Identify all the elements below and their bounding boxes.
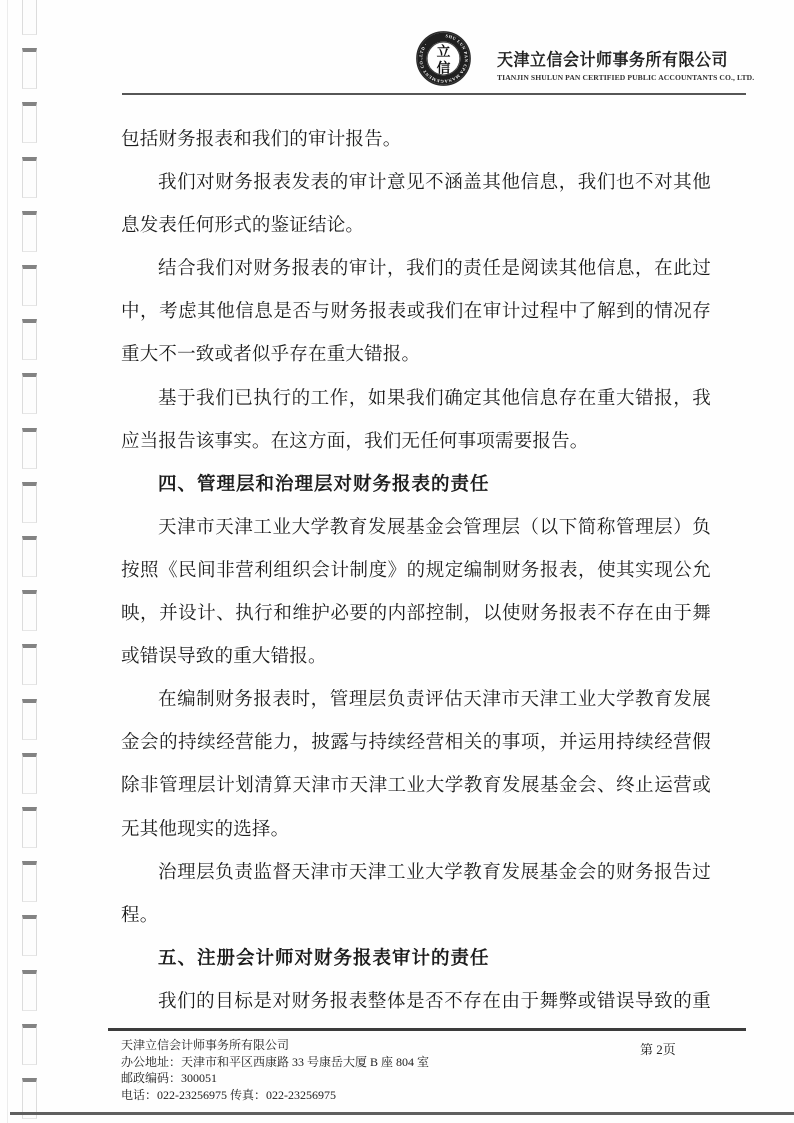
footer-postcode: 邮政编码：300051 — [121, 1070, 591, 1087]
text-line: 在编制财务报表时，管理层负责评估天津市天津工业大学教育发展基 — [121, 679, 711, 722]
footer-contact-block: 天津立信会计师事务所有限公司 办公地址：天津市和平区西康路 33 号康岳大厦 B… — [121, 1037, 591, 1103]
footer-divider — [108, 1028, 746, 1031]
binding-hole — [22, 915, 37, 956]
text-line: 重大不一致或者似乎存在重大错报。 — [121, 334, 711, 377]
company-name-cn: 天津立信会计师事务所有限公司 — [497, 46, 715, 71]
text-line: 结合我们对财务报表的审计，我们的责任是阅读其他信息，在此过程 — [121, 248, 711, 291]
binding-hole — [22, 482, 37, 523]
binding-hole — [22, 753, 37, 794]
binding-hole — [22, 373, 37, 414]
binding-hole — [22, 211, 37, 252]
document-body: 包括财务报表和我们的审计报告。我们对财务报表发表的审计意见不涵盖其他信息，我们也… — [121, 119, 711, 1024]
text-line: 映，并设计、执行和维护必要的内部控制，以使财务报表不存在由于舞弊 — [121, 593, 711, 636]
text-line: 我们对财务报表发表的审计意见不涵盖其他信息，我们也不对其他信 — [121, 162, 711, 205]
text-line: 治理层负责监督天津市天津工业大学教育发展基金会的财务报告过 — [121, 852, 711, 895]
binding-hole — [22, 102, 37, 143]
page-bottom-edge — [10, 1112, 794, 1115]
text-line: 息发表任何形式的鉴证结论。 — [121, 205, 711, 248]
footer-phone-fax: 电话：022-23256975 传真：022-23256975 — [121, 1087, 591, 1104]
binding-hole — [22, 265, 37, 306]
binding-hole — [22, 807, 37, 848]
text-line: 按照《民间非营利组织会计制度》的规定编制财务报表，使其实现公允反 — [121, 550, 711, 593]
seal-char-xin: 信 — [437, 59, 451, 75]
binding-hole — [22, 157, 37, 198]
text-line: 我们的目标是对财务报表整体是否不存在由于舞弊或错误导致的重 — [121, 981, 711, 1024]
text-line: 或错误导致的重大错报。 — [121, 636, 711, 679]
binding-hole — [22, 536, 37, 577]
text-line: 应当报告该事实。在这方面，我们无任何事项需要报告。 — [121, 421, 711, 464]
binding-hole — [22, 861, 37, 902]
binding-hole — [22, 644, 37, 685]
binding-hole — [22, 48, 37, 89]
section-heading: 五、注册会计师对财务报表审计的责任 — [121, 938, 711, 981]
binding-hole — [22, 590, 37, 631]
letterhead: 天津立信会计师事务所有限公司 TIANJIN SHULUN PAN CERTIF… — [497, 46, 715, 82]
text-line: 除非管理层计划清算天津市天津工业大学教育发展基金会、终止运营或别 — [121, 765, 711, 808]
company-seal-logo: SHU LUN PAN CPA MANAGEMENT CO.,LTD · 立 信 — [415, 30, 472, 87]
scanned-document-page: SHU LUN PAN CPA MANAGEMENT CO.,LTD · 立 信… — [0, 0, 794, 1123]
text-line: 基于我们已执行的工作，如果我们确定其他信息存在重大错报，我们 — [121, 378, 711, 421]
binding-hole — [22, 428, 37, 469]
text-line: 天津市天津工业大学教育发展基金会管理层（以下简称管理层）负责 — [121, 507, 711, 550]
binding-hole — [22, 970, 37, 1011]
page-left-edge — [7, 0, 8, 1123]
page-number: 第 2页 — [640, 1039, 676, 1058]
header-divider — [122, 93, 746, 95]
binding-hole — [22, 699, 37, 740]
text-line: 无其他现实的选择。 — [121, 809, 711, 852]
section-heading: 四、管理层和治理层对财务报表的责任 — [121, 464, 711, 507]
company-name-en: TIANJIN SHULUN PAN CERTIFIED PUBLIC ACCO… — [497, 73, 715, 82]
binding-hole — [22, 0, 37, 35]
text-line: 金会的持续经营能力，披露与持续经营相关的事项，并运用持续经营假设， — [121, 722, 711, 765]
seal-char-li: 立 — [437, 43, 451, 59]
text-line: 中，考虑其他信息是否与财务报表或我们在审计过程中了解到的情况存在 — [121, 291, 711, 334]
footer-address: 办公地址：天津市和平区西康路 33 号康岳大厦 B 座 804 室 — [121, 1054, 591, 1071]
text-line: 包括财务报表和我们的审计报告。 — [121, 119, 711, 162]
binding-hole — [22, 319, 37, 360]
text-line: 程。 — [121, 895, 711, 938]
binding-hole — [22, 1024, 37, 1065]
footer-company-name: 天津立信会计师事务所有限公司 — [121, 1037, 591, 1054]
